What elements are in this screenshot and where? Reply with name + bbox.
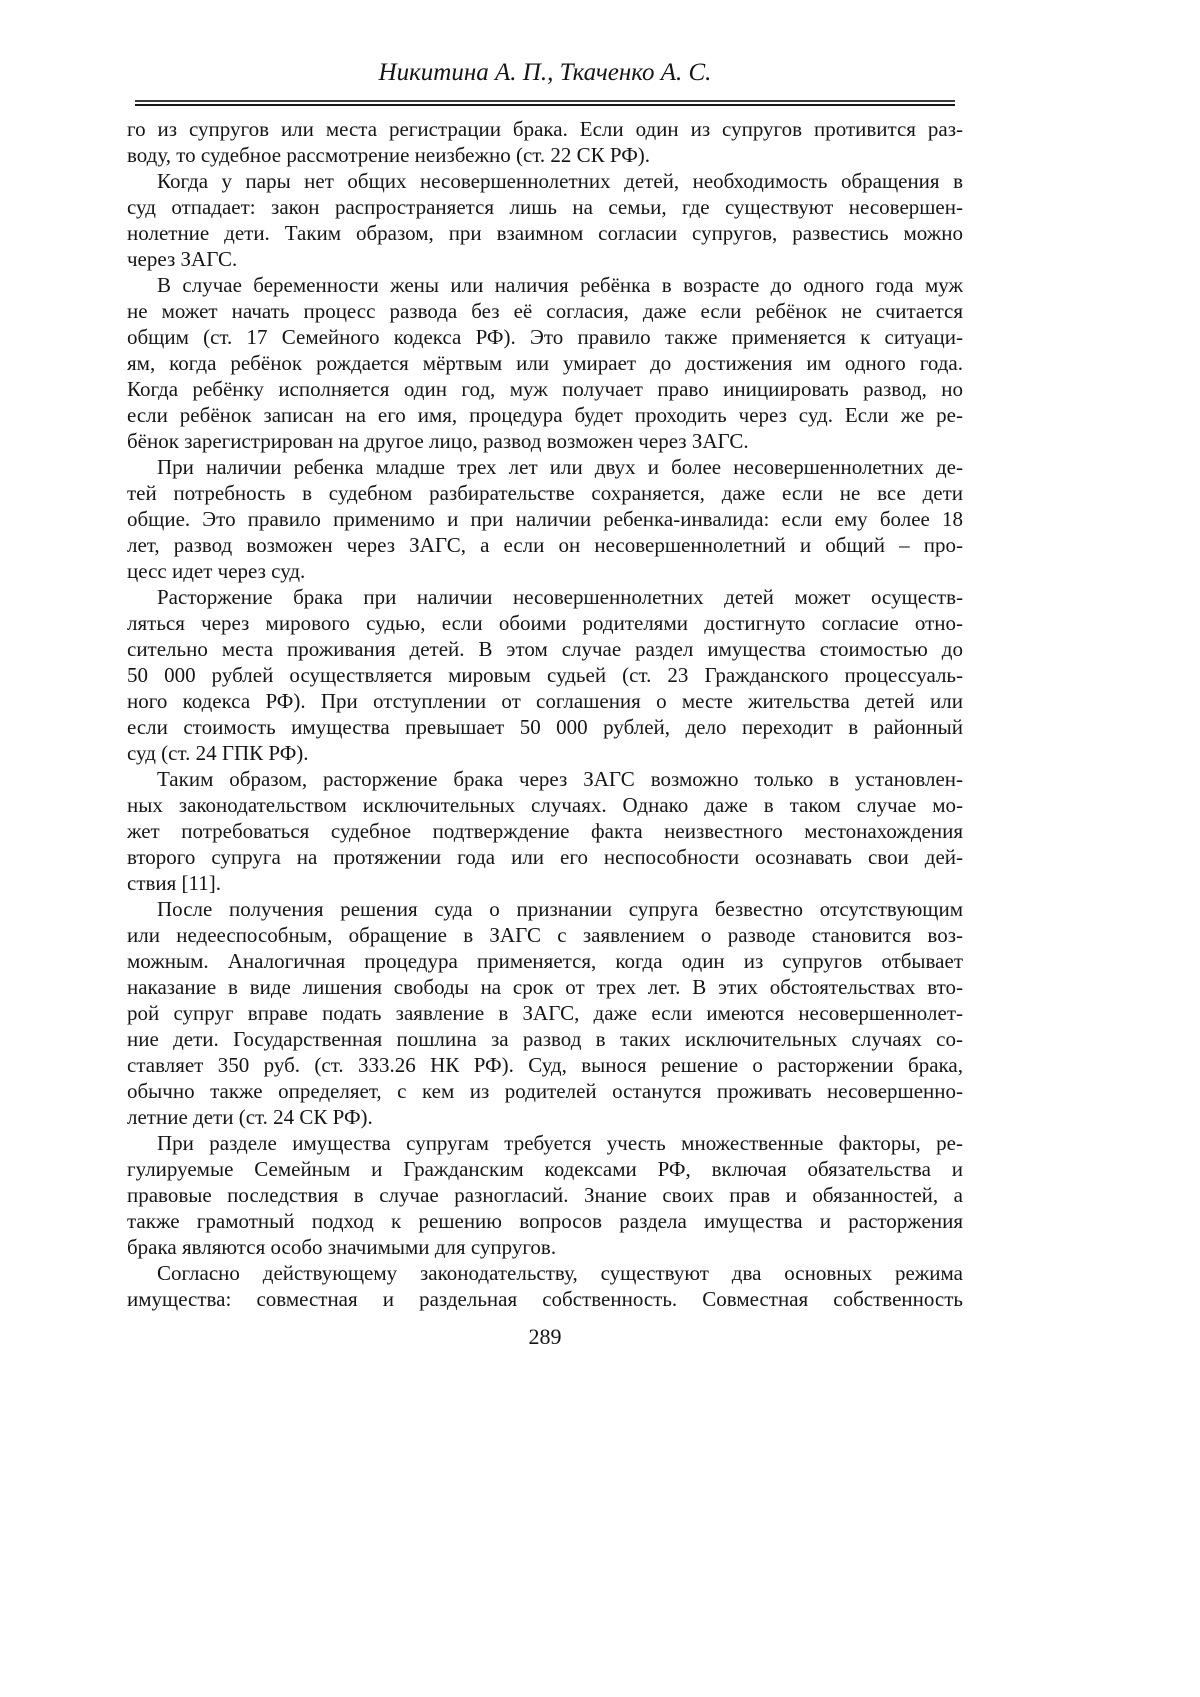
paragraph: Согласно действующему законодательству, … bbox=[127, 1260, 963, 1312]
text-line: жет потребоваться судебное подтверждение… bbox=[127, 818, 963, 844]
text-line: суд отпадает: закон распространяется лиш… bbox=[127, 194, 963, 220]
text-line: не может начать процесс развода без её с… bbox=[127, 298, 963, 324]
text-line: ного кодекса РФ). При отступлении от сог… bbox=[127, 688, 963, 714]
text-line: го из супругов или места регистрации бра… bbox=[127, 116, 963, 142]
text-line: ставляет 350 руб. (ст. 333.26 НК РФ). Су… bbox=[127, 1052, 963, 1078]
text-line: также грамотный подход к решению вопросо… bbox=[127, 1208, 963, 1234]
text-line: летние дети (ст. 24 СК РФ). bbox=[127, 1104, 963, 1130]
text-line: тей потребность в судебном разбирательст… bbox=[127, 480, 963, 506]
text-line: суд (ст. 24 ГПК РФ). bbox=[127, 740, 963, 766]
paragraph: После получения решения суда о признании… bbox=[127, 896, 963, 1130]
text-line: ние дети. Государственная пошлина за раз… bbox=[127, 1026, 963, 1052]
text-line: 50 000 рублей осуществляется мировым суд… bbox=[127, 662, 963, 688]
running-header: Никитина А. П., Ткаченко А. С. bbox=[127, 58, 963, 88]
text-line: можным. Аналогичная процедура применяетс… bbox=[127, 948, 963, 974]
text-line: лет, развод возможен через ЗАГС, а если … bbox=[127, 532, 963, 558]
text-line: При разделе имущества супругам требуется… bbox=[127, 1130, 963, 1156]
text-line: гулируемые Семейным и Гражданским кодекс… bbox=[127, 1156, 963, 1182]
text-line: общие. Это правило применимо и при налич… bbox=[127, 506, 963, 532]
paragraph: В случае беременности жены или наличия р… bbox=[127, 272, 963, 454]
text-line: воду, то судебное рассмотрение неизбежно… bbox=[127, 142, 963, 168]
text-line: обычно также определяет, с кем из родите… bbox=[127, 1078, 963, 1104]
text-line: ям, когда ребёнок рождается мёртвым или … bbox=[127, 350, 963, 376]
text-line: Расторжение брака при наличии несовершен… bbox=[127, 584, 963, 610]
header-rule-thick-line bbox=[135, 104, 955, 107]
article-body: го из супругов или места регистрации бра… bbox=[127, 116, 963, 1312]
header-rule bbox=[135, 100, 955, 106]
text-line: через ЗАГС. bbox=[127, 246, 963, 272]
paragraph: Расторжение брака при наличии несовершен… bbox=[127, 584, 963, 766]
text-line: общим (ст. 17 Семейного кодекса РФ). Это… bbox=[127, 324, 963, 350]
text-line: При наличии ребенка младше трех лет или … bbox=[127, 454, 963, 480]
text-line: Согласно действующему законодательству, … bbox=[127, 1260, 963, 1286]
text-line: второго супруга на протяжении года или е… bbox=[127, 844, 963, 870]
page-number: 289 bbox=[127, 1324, 963, 1350]
text-line: В случае беременности жены или наличия р… bbox=[127, 272, 963, 298]
text-line: если стоимость имущества превышает 50 00… bbox=[127, 714, 963, 740]
text-line: ляться через мирового судью, если обоими… bbox=[127, 610, 963, 636]
text-line: цесс идет через суд. bbox=[127, 558, 963, 584]
text-line: После получения решения суда о признании… bbox=[127, 896, 963, 922]
paragraph: го из супругов или места регистрации бра… bbox=[127, 116, 963, 168]
text-line: Таким образом, расторжение брака через З… bbox=[127, 766, 963, 792]
text-line: рой супруг вправе подать заявление в ЗАГ… bbox=[127, 1000, 963, 1026]
paragraph: При наличии ребенка младше трех лет или … bbox=[127, 454, 963, 584]
paragraph: Когда у пары нет общих несовершеннолетни… bbox=[127, 168, 963, 272]
text-line: Когда ребёнку исполняется один год, муж … bbox=[127, 376, 963, 402]
text-line: бёнок зарегистрирован на другое лицо, ра… bbox=[127, 428, 963, 454]
paragraph: Таким образом, расторжение брака через З… bbox=[127, 766, 963, 896]
text-line: нолетние дети. Таким образом, при взаимн… bbox=[127, 220, 963, 246]
text-line: или недееспособным, обращение в ЗАГС с з… bbox=[127, 922, 963, 948]
text-line: Когда у пары нет общих несовершеннолетни… bbox=[127, 168, 963, 194]
text-line: если ребёнок записан на его имя, процеду… bbox=[127, 402, 963, 428]
text-line: сительно места проживания детей. В этом … bbox=[127, 636, 963, 662]
header-rule-thin-line bbox=[135, 100, 955, 102]
text-line: ных законодательством исключительных слу… bbox=[127, 792, 963, 818]
text-line: ствия [11]. bbox=[127, 870, 963, 896]
text-line: имущества: совместная и раздельная собст… bbox=[127, 1286, 963, 1312]
text-line: наказание в виде лишения свободы на срок… bbox=[127, 974, 963, 1000]
paragraph: При разделе имущества супругам требуется… bbox=[127, 1130, 963, 1260]
text-line: брака являются особо значимыми для супру… bbox=[127, 1234, 963, 1260]
text-line: правовые последствия в случае разногласи… bbox=[127, 1182, 963, 1208]
